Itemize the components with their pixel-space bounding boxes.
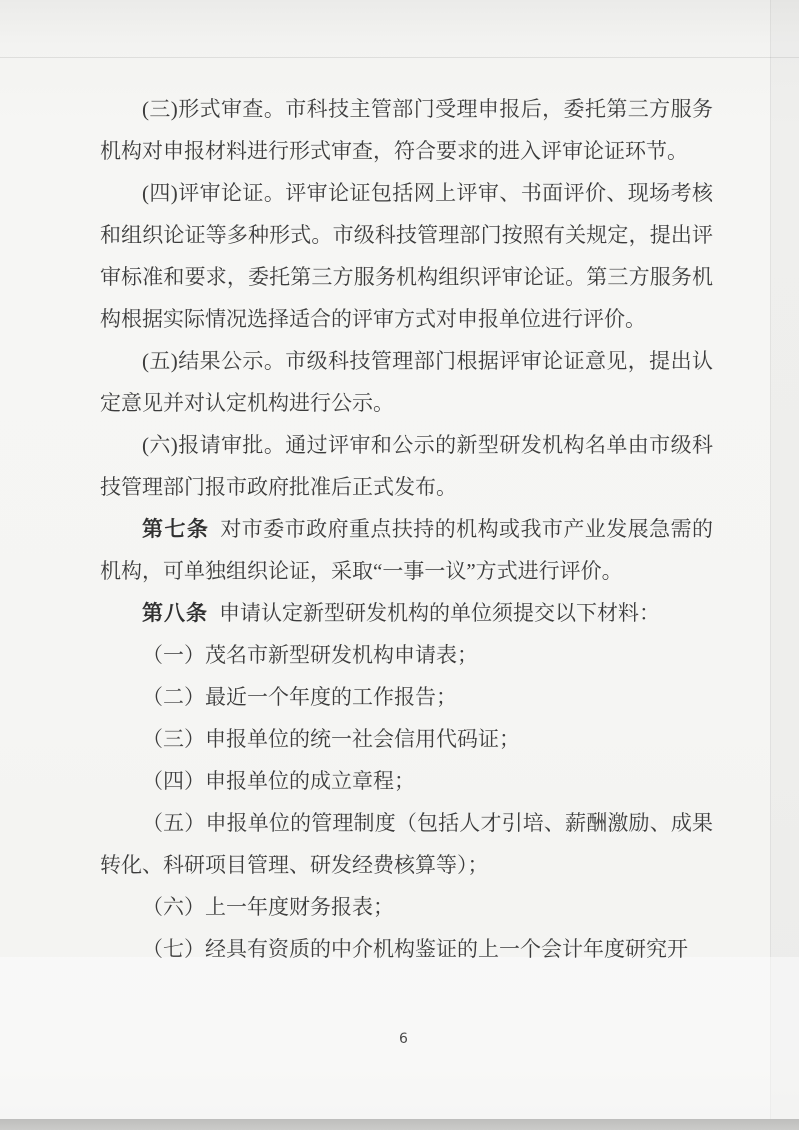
document-paragraph: (三)形式审查。市科技主管部门受理申报后，委托第三方服务机构对申报材料进行形式审… (100, 88, 713, 172)
paragraph-text: (三)形式审查。市科技主管部门受理申报后，委托第三方服务机构对申报材料进行形式审… (100, 97, 713, 163)
document-paragraph: （四）申报单位的成立章程； (100, 760, 713, 802)
page-number: 6 (0, 1031, 799, 1047)
paragraph-text: （二）最近一个年度的工作报告； (142, 685, 457, 709)
document-paragraph: （七）经具有资质的中介机构鉴证的上一个会计年度研究开 (100, 928, 713, 970)
paragraph-text: （七）经具有资质的中介机构鉴证的上一个会计年度研究开 (142, 937, 688, 961)
document-paragraph: （六）上一年度财务报表； (100, 886, 713, 928)
document-paragraph: （一）茂名市新型研发机构申请表； (100, 634, 713, 676)
scan-artifact-top-line (0, 57, 799, 58)
paragraph-text: （一）茂名市新型研发机构申请表； (142, 643, 478, 667)
article-number: 第七条 (142, 517, 209, 541)
document-paragraph: 第八条申请认定新型研发机构的单位须提交以下材料： (100, 592, 713, 634)
scan-artifact-right-edge (770, 0, 799, 1119)
document-paragraph: 第七条对市委市政府重点扶持的机构或我市产业发展急需的机构，可单独组织论证，采取“… (100, 508, 713, 592)
paragraph-text: 申请认定新型研发机构的单位须提交以下材料： (219, 601, 660, 625)
paragraph-text: （三）申报单位的统一社会信用代码证； (142, 727, 520, 751)
document-body: (三)形式审查。市科技主管部门受理申报后，委托第三方服务机构对申报材料进行形式审… (100, 88, 713, 970)
paragraph-text: （四）申报单位的成立章程； (142, 769, 415, 793)
scan-artifact-scanner-band (0, 1120, 799, 1130)
document-paragraph: （五）申报单位的管理制度（包括人才引培、薪酬激励、成果转化、科研项目管理、研发经… (100, 802, 713, 886)
document-paragraph: （三）申报单位的统一社会信用代码证； (100, 718, 713, 760)
article-number: 第八条 (142, 601, 208, 625)
document-paragraph: (五)结果公示。市级科技管理部门根据评审论证意见，提出认定意见并对认定机构进行公… (100, 340, 713, 424)
paragraph-text: (五)结果公示。市级科技管理部门根据评审论证意见，提出认定意见并对认定机构进行公… (100, 349, 713, 415)
paragraph-text: (六)报请审批。通过评审和公示的新型研发机构名单由市级科技管理部门报市政府批准后… (100, 433, 713, 499)
paragraph-text: （六）上一年度财务报表； (142, 895, 394, 919)
paragraph-text: （五）申报单位的管理制度（包括人才引培、薪酬激励、成果转化、科研项目管理、研发经… (100, 811, 713, 877)
document-paragraph: (四)评审论证。评审论证包括网上评审、书面评价、现场考核和组织论证等多种形式。市… (100, 172, 713, 340)
paragraph-text: (四)评审论证。评审论证包括网上评审、书面评价、现场考核和组织论证等多种形式。市… (100, 181, 713, 331)
document-paragraph: (六)报请审批。通过评审和公示的新型研发机构名单由市级科技管理部门报市政府批准后… (100, 424, 713, 508)
document-paragraph: （二）最近一个年度的工作报告； (100, 676, 713, 718)
